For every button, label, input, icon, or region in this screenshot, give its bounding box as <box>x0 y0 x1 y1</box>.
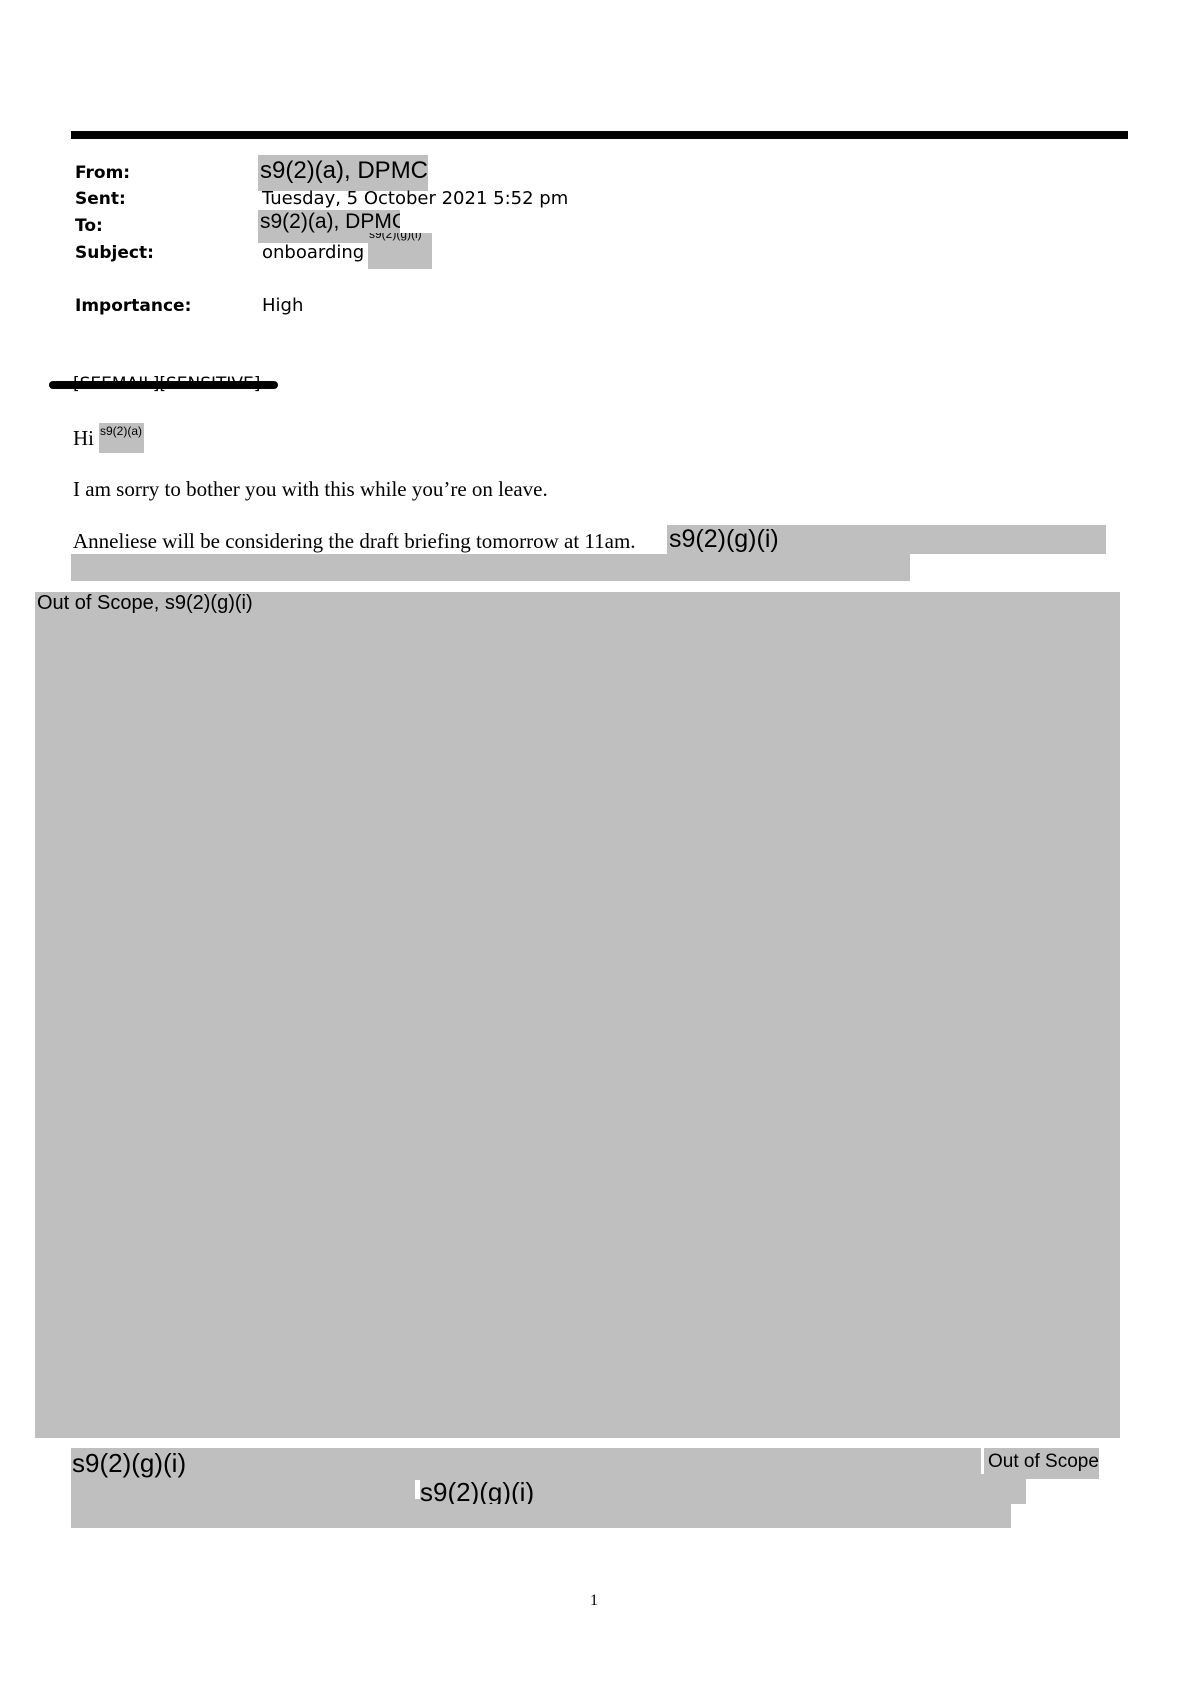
large-redaction-code: Out of Scope, s9(2)(g)(i) <box>37 593 253 613</box>
sent-label: Sent: <box>75 191 126 208</box>
paragraph-2: Anneliese will be considering the draft … <box>73 531 636 552</box>
paragraph-1: I am sorry to bother you with this while… <box>73 479 548 500</box>
redaction-gap <box>981 1448 984 1474</box>
to-value: s9(2)(a), DPMC <box>260 211 400 232</box>
paragraph-2-redaction-line-2 <box>71 554 910 581</box>
subject-value: onboarding <box>262 244 364 262</box>
bottom-redaction-line-1: s9(2)(g)(i) <box>71 1448 994 1479</box>
importance-label: Importance: <box>75 298 191 315</box>
to-label: To: <box>75 218 103 235</box>
sent-value: Tuesday, 5 October 2021 5:52 pm <box>262 190 568 208</box>
page-number: 1 <box>590 1593 598 1609</box>
bottom-redaction-line-3 <box>71 1504 1011 1528</box>
subject-redaction-code: s9(2)(g)(i) <box>369 233 422 240</box>
from-redaction: s9(2)(a), DPMC <box>258 155 428 191</box>
from-label: From: <box>75 165 130 182</box>
subject-label: Subject: <box>75 245 154 262</box>
header-rule <box>71 131 1128 139</box>
from-value: s9(2)(a), DPMC <box>260 159 428 183</box>
redaction-gap <box>415 1480 420 1499</box>
bottom-redaction-line-2: s9(2)(g)(i) <box>71 1479 1026 1504</box>
bottom-redaction-code-3: Out of Scope <box>988 1452 1099 1471</box>
bottom-redaction-code-1: s9(2)(g)(i) <box>72 1450 186 1476</box>
greeting-text: Hi <box>73 428 94 449</box>
bottom-redaction-out-of-scope: Out of Scope <box>984 1448 1099 1479</box>
greeting-redaction-code: s9(2)(a) <box>100 425 142 437</box>
subject-redaction: s9(2)(g)(i) <box>368 233 432 269</box>
paragraph-2-redaction-code: s9(2)(g)(i) <box>669 527 779 552</box>
importance-value: High <box>262 297 303 315</box>
large-redaction-block: Out of Scope, s9(2)(g)(i) <box>35 592 1120 1438</box>
greeting-redaction: s9(2)(a) <box>99 423 144 453</box>
paragraph-2-redaction: s9(2)(g)(i) <box>667 525 1106 554</box>
bottom-redaction-code-2: s9(2)(g)(i) <box>420 1479 534 1504</box>
classification-strikethrough <box>49 381 278 389</box>
